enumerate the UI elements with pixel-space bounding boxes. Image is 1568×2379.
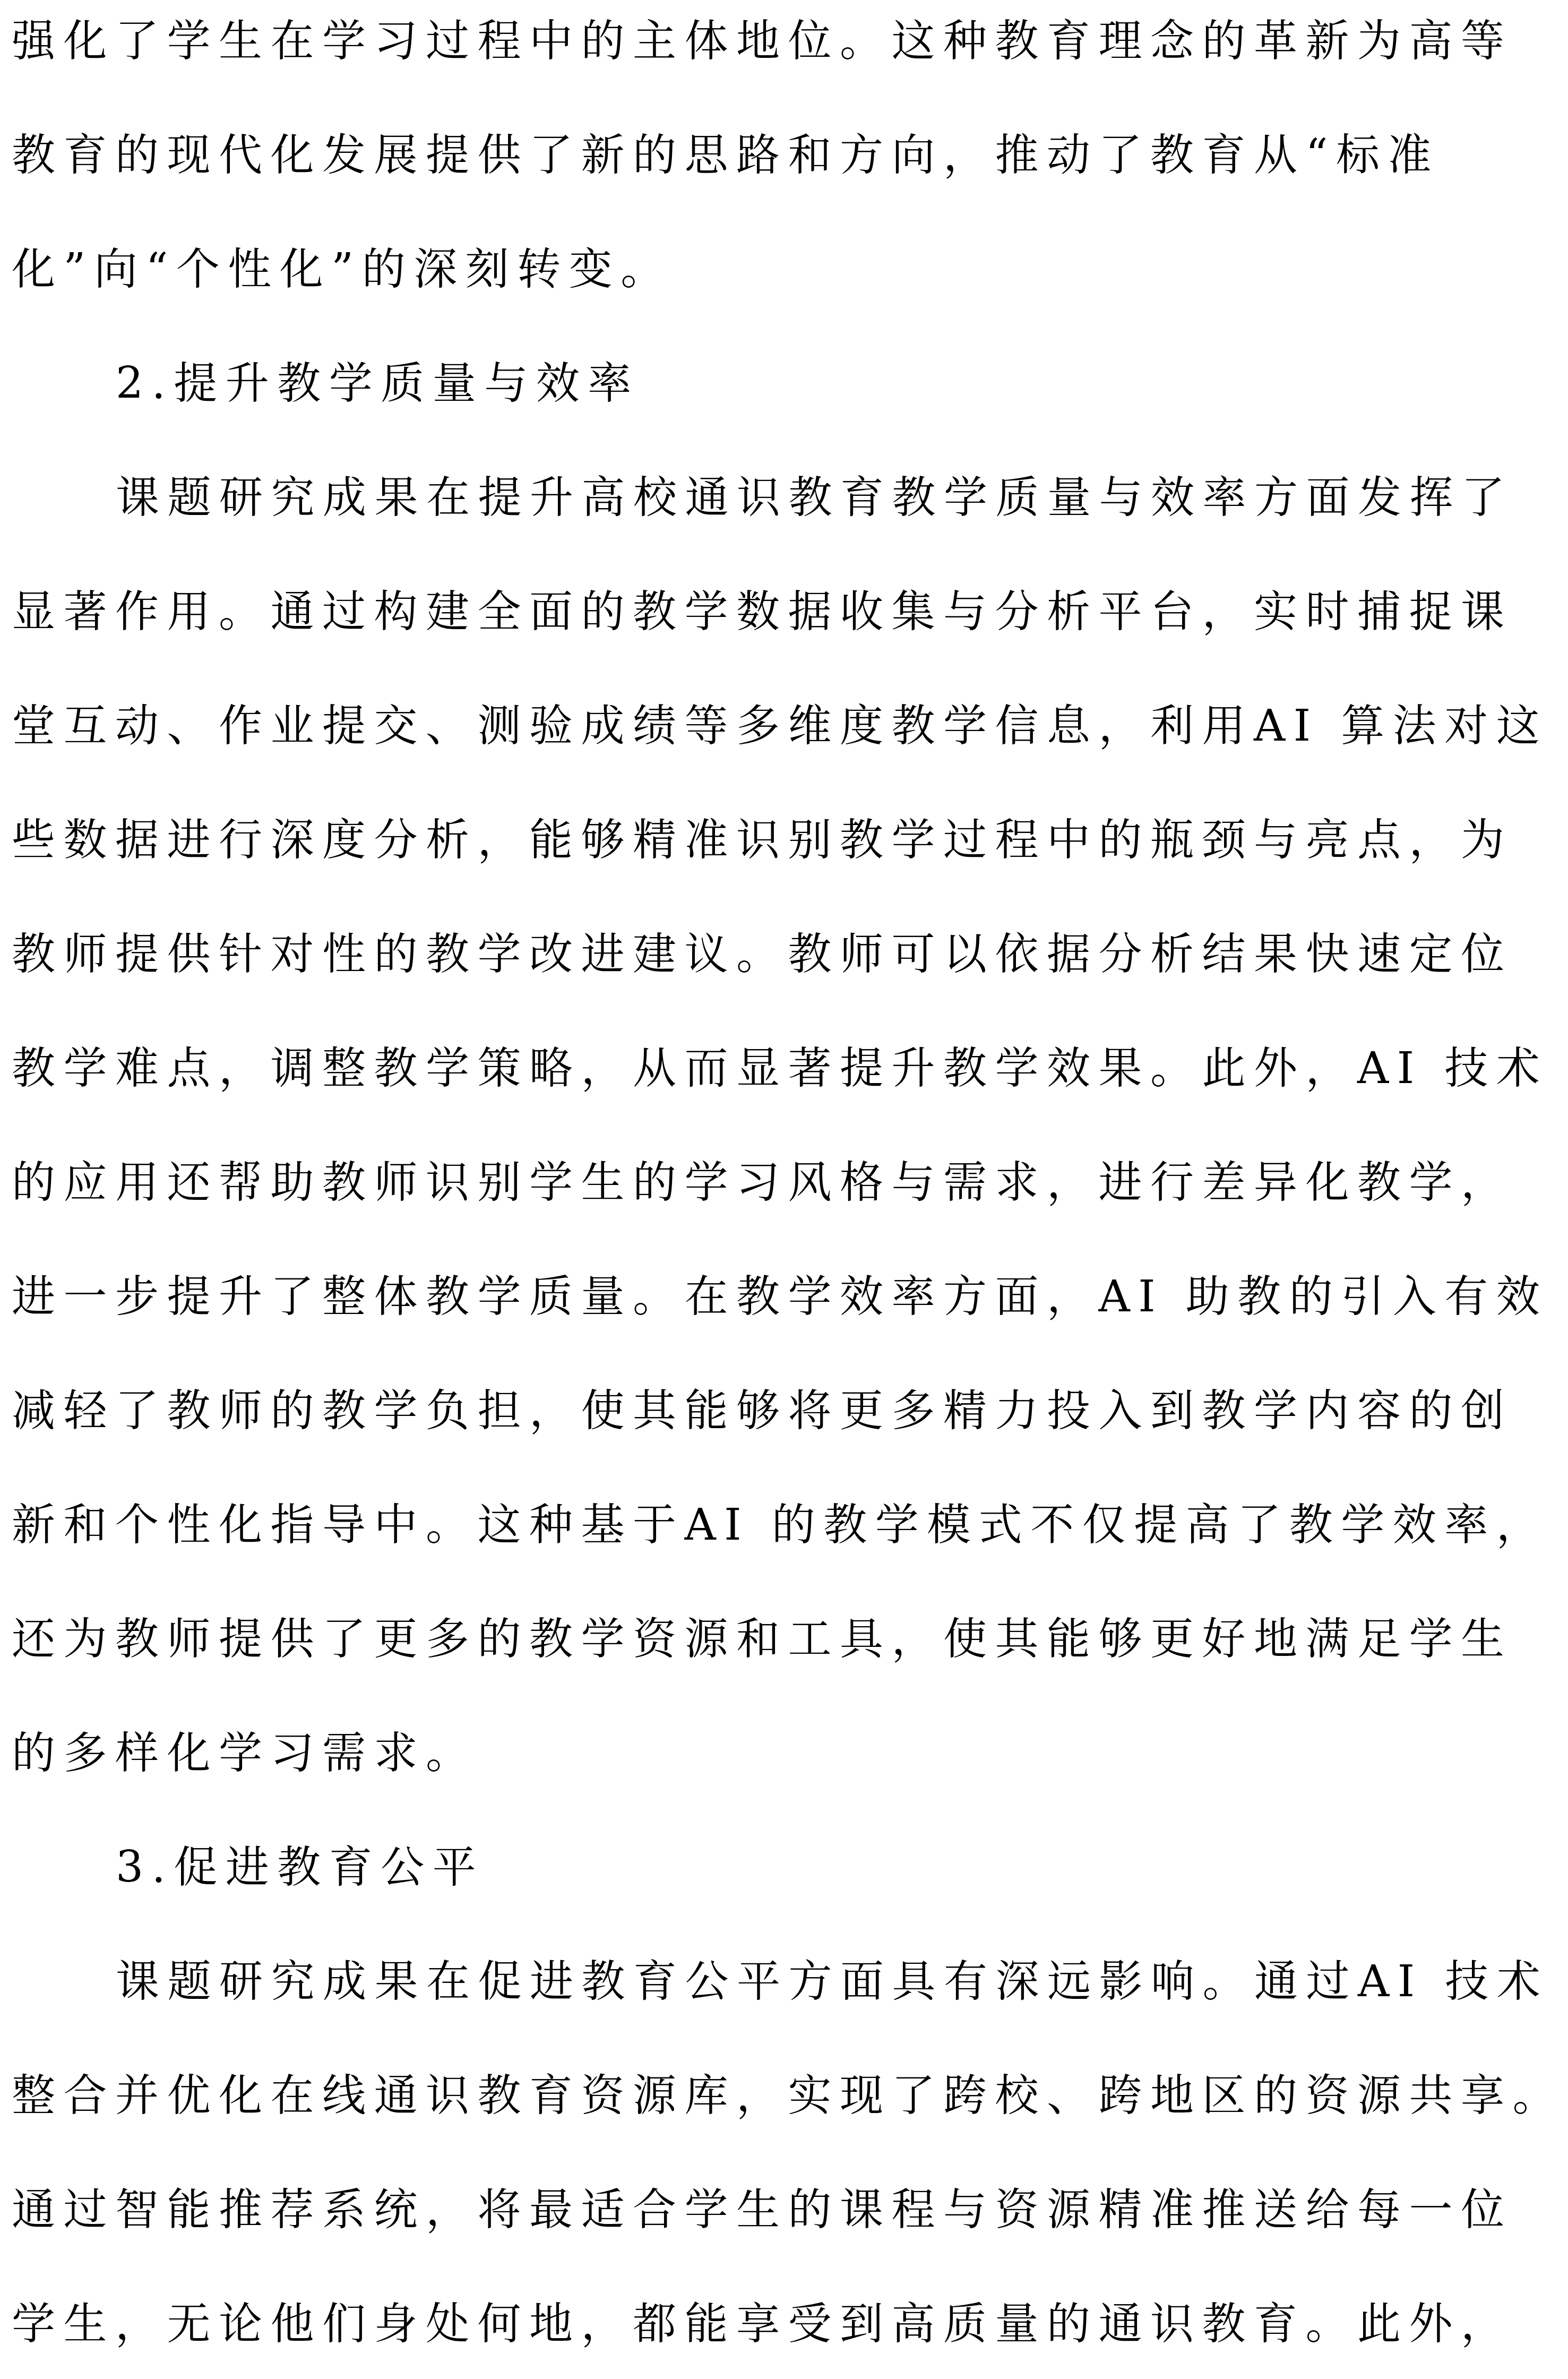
text-line: 还为教师提供了更多的教学资源和工具，使其能够更好地满足学生 [12,1582,1568,1696]
text-line: 的应用还帮助教师识别学生的学习风格与需求，进行差异化教学， [12,1126,1568,1240]
text-line: 显著作用。通过构建全面的教学数据收集与分析平台，实时捕捉课 [12,555,1568,669]
text-line: 通过智能推荐系统，将最适合学生的课程与资源精准推送给每一位 [12,2153,1568,2267]
text-line: 课题研究成果在提升高校通识教育教学质量与效率方面发挥了 [12,441,1568,555]
text-line: 强化了学生在学习过程中的主体地位。这种教育理念的革新为高等 [12,0,1568,98]
text-line: 整合并优化在线通识教育资源库，实现了跨校、跨地区的资源共享。 [12,2039,1568,2153]
text-line: 新和个性化指导中。这种基于AI 的教学模式不仅提高了教学效率， [12,1468,1568,1582]
section-heading-3: 3.促进教育公平 [12,1810,1568,1925]
text-line: 些数据进行深度分析，能够精准识别教学过程中的瓶颈与亮点，为 [12,783,1568,897]
text-line: 化”向“个性化”的深刻转变。 [12,212,1568,327]
document-page: 强化了学生在学习过程中的主体地位。这种教育理念的革新为高等 教育的现代化发展提供… [12,0,1568,2379]
text-line: 教师提供针对性的教学改进建议。教师可以依据分析结果快速定位 [12,897,1568,1011]
text-line: 的多样化学习需求。 [12,1696,1568,1810]
text-line: 减轻了教师的教学负担，使其能够将更多精力投入到教学内容的创 [12,1354,1568,1468]
text-line: 教学难点，调整教学策略，从而显著提升教学效果。此外，AI 技术 [12,1011,1568,1126]
text-line: 堂互动、作业提交、测验成绩等多维度教学信息，利用AI 算法对这 [12,669,1568,783]
section-heading-2: 2.提升教学质量与效率 [12,327,1568,441]
text-line: 课题研究成果在促进教育公平方面具有深远影响。通过AI 技术 [12,1925,1568,2039]
text-line: 学生，无论他们身处何地，都能享受到高质量的通识教育。此外， [12,2267,1568,2379]
text-line: 教育的现代化发展提供了新的思路和方向，推动了教育从“标准 [12,98,1568,212]
text-line: 进一步提升了整体教学质量。在教学效率方面，AI 助教的引入有效 [12,1240,1568,1354]
